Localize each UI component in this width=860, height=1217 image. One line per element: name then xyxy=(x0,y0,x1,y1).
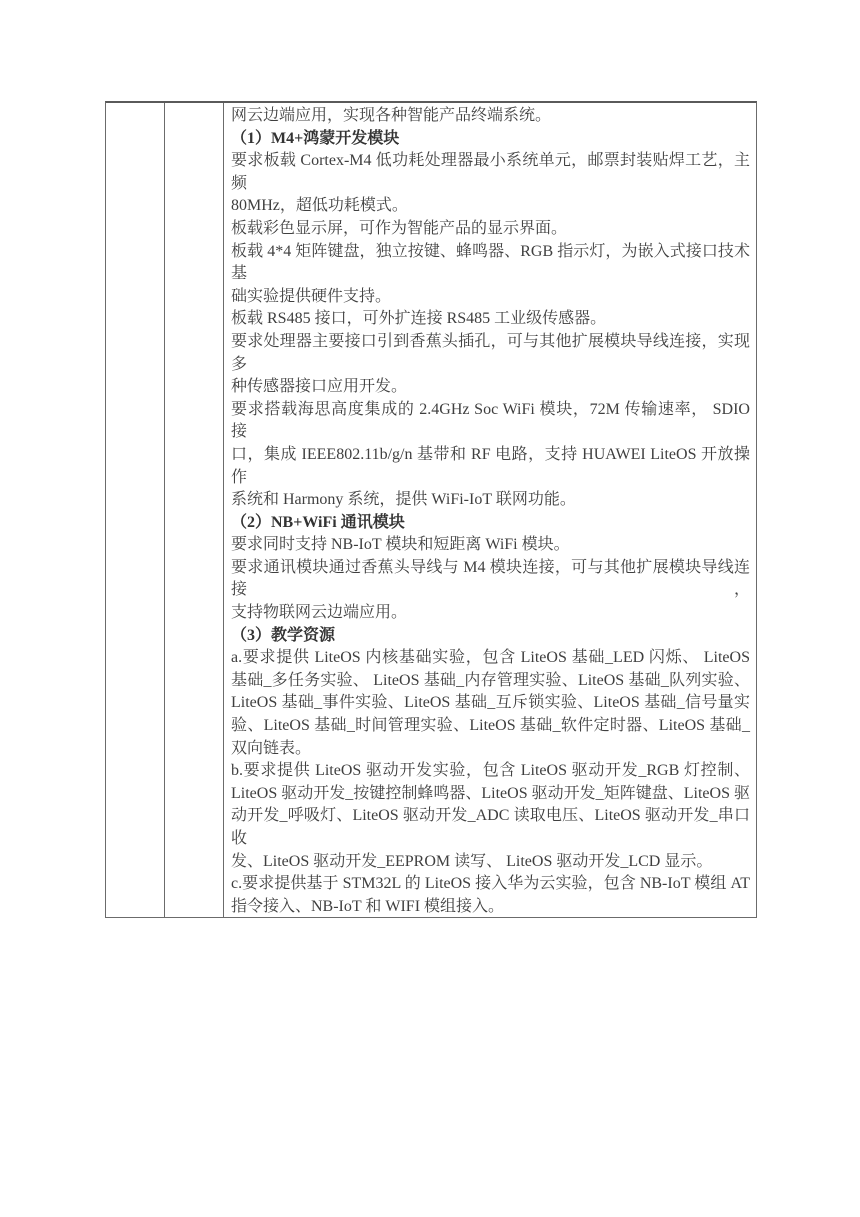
spec-text-line: 要求搭载海思高度集成的 2.4GHz Soc WiFi 模块，72M 传输速率，… xyxy=(231,399,750,444)
section-heading-line: （2）NB+WiFi 通讯模块 xyxy=(231,512,750,535)
spec-text-line: 口，集成 IEEE802.11b/g/n 基带和 RF 电路，支持 HUAWEI… xyxy=(231,444,750,489)
spec-text-line: 础实验提供硬件支持。 xyxy=(231,286,750,309)
spec-text-line: 双向链表。 xyxy=(231,738,750,761)
spec-text-line: 基础_多任务实验、 LiteOS 基础_内存管理实验、LiteOS 基础_队列实… xyxy=(231,670,750,693)
spec-text-line: 支持物联网云边端应用。 xyxy=(231,602,750,625)
spec-text-line: 系统和 Harmony 系统，提供 WiFi-IoT 联网功能。 xyxy=(231,489,750,512)
section-heading-line: （3）教学资源 xyxy=(231,625,750,648)
spec-text-line: 网云边端应用，实现各种智能产品终端系统。 xyxy=(231,105,750,128)
spec-text-line: 要求处理器主要接口引到香蕉头插孔，可与其他扩展模块导线连接，实现多 xyxy=(231,331,750,376)
spec-text-line: 要求同时支持 NB-IoT 模块和短距离 WiFi 模块。 xyxy=(231,534,750,557)
spec-text-line: 板载彩色显示屏，可作为智能产品的显示界面。 xyxy=(231,218,750,241)
spec-cell: 网云边端应用，实现各种智能产品终端系统。（1）M4+鸿蒙开发模块要求板载 Cor… xyxy=(224,103,756,917)
spec-text-line: b.要求提供 LiteOS 驱动开发实验，包含 LiteOS 驱动开发_RGB … xyxy=(231,760,750,783)
spec-text-line: LiteOS 驱动开发_按键控制蜂鸣器、LiteOS 驱动开发_矩阵键盘、Lit… xyxy=(231,783,750,806)
spec-text-line: a.要求提供 LiteOS 内核基础实验，包含 LiteOS 基础_LED 闪烁… xyxy=(231,647,750,670)
spec-text-line: 验、LiteOS 基础_时间管理实验、LiteOS 基础_软件定时器、LiteO… xyxy=(231,715,750,738)
spec-text-line: 发、LiteOS 驱动开发_EEPROM 读写、 LiteOS 驱动开发_LCD… xyxy=(231,851,750,874)
spec-text-line: 板载 RS485 接口，可外扩连接 RS485 工业级传感器。 xyxy=(231,308,750,331)
spec-table: 网云边端应用，实现各种智能产品终端系统。（1）M4+鸿蒙开发模块要求板载 Cor… xyxy=(105,101,757,918)
spec-text-line: 要求通讯模块通过香蕉头导线与 M4 模块连接，可与其他扩展模块导线连接， xyxy=(231,557,750,602)
spec-text-line: 80MHz，超低功耗模式。 xyxy=(231,195,750,218)
spec-text-line: LiteOS 基础_事件实验、LiteOS 基础_互斥锁实验、LiteOS 基础… xyxy=(231,692,750,715)
table-cell-left-2 xyxy=(165,103,224,917)
section-heading-line: （1）M4+鸿蒙开发模块 xyxy=(231,128,750,151)
spec-text-line: 种传感器接口应用开发。 xyxy=(231,376,750,399)
spec-text-line: 动开发_呼吸灯、LiteOS 驱动开发_ADC 读取电压、LiteOS 驱动开发… xyxy=(231,805,750,850)
table-cell-left-1 xyxy=(106,103,165,917)
spec-text-line: 板载 4*4 矩阵键盘，独立按键、蜂鸣器、RGB 指示灯，为嵌入式接口技术基 xyxy=(231,241,750,286)
spec-text-line: c.要求提供基于 STM32L 的 LiteOS 接入华为云实验，包含 NB-I… xyxy=(231,873,750,896)
spec-text-line: 指令接入、NB-IoT 和 WIFI 模组接入。 xyxy=(231,896,750,917)
document-page: 网云边端应用，实现各种智能产品终端系统。（1）M4+鸿蒙开发模块要求板载 Cor… xyxy=(0,0,860,1217)
spec-text-line: 要求板载 Cortex-M4 低功耗处理器最小系统单元，邮票封装贴焊工艺，主频 xyxy=(231,150,750,195)
